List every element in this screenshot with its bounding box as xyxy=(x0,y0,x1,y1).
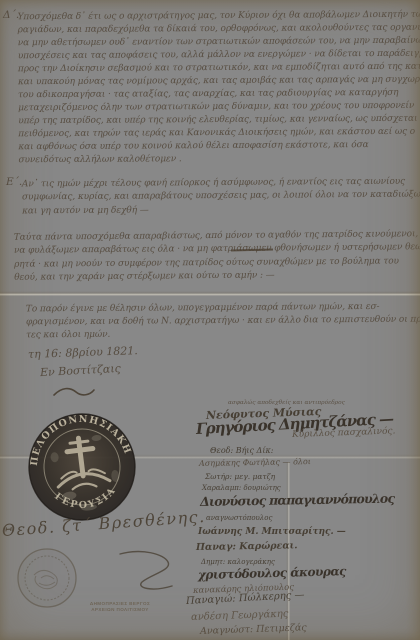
manuscript-line: τες και όλοι ημών. xyxy=(26,327,418,343)
signature: Παναγ: Καρώρεαι. xyxy=(196,540,298,553)
paragraph-marker: Ε΄. xyxy=(6,176,22,188)
signature: Σωτήρ: μεγ. ματζη xyxy=(205,472,275,481)
dateline-place: Εν Βοστίτζαις xyxy=(40,362,121,379)
paragraph-delta: Υποσχόμεθα δ᾽ έτι ως ο αρχιστράτηγος μας… xyxy=(18,9,420,167)
signature: Θεοδ: Βήις Δίκ: xyxy=(210,446,273,455)
manuscript-line: συνειδότως αλλήλων καλοθέτομεν . xyxy=(18,152,420,167)
signature: Ασημάκης Φωτήλας — όλοι xyxy=(199,457,311,468)
signature: Αναγνώστ: Πετιμεζάς xyxy=(200,622,307,637)
signature: Ιωάννης Μ. Μπιτσαρίτης. — xyxy=(198,527,346,537)
paragraph-attestation: Το παρόν έγινε με θέλησιν όλων, υπογεγρα… xyxy=(26,301,418,343)
pen-flourish xyxy=(52,385,96,399)
paragraph-closing-oath: Ταύτα πάντα υποσχόμεθα απαραβιάστως, από… xyxy=(14,228,418,285)
dateline-date: τη 16: 8βρίου 1821. xyxy=(28,344,138,361)
signature: ανδέση Γεωργάκης xyxy=(191,609,289,623)
watermark-caption: ΔΗΜΟΠΡΑΣΙΕΣ ΒΕΡΓΟΣ ΑΡΧΕΙΩΝ ΠΟΛΙΤΙΣΜΟΥ xyxy=(66,601,174,612)
paragraph-epsilon: Αν᾽ τις ημών μέχρι τέλους φανή επίορκος … xyxy=(22,176,420,219)
manuscript-line: θεού, και την χαράν μας στέρξωμεν και ού… xyxy=(14,268,418,285)
watermark-line2: ΑΡΧΕΙΩΝ ΠΟΛΙΤΙΣΜΟΥ xyxy=(66,607,174,613)
signature: αναγνωστόπουλος xyxy=(206,514,272,522)
manuscript-line: και αφθόνως όσα υπέρ του κοινού καλού θέ… xyxy=(18,139,420,154)
signature: Δημητ: καλογεράκης xyxy=(201,558,275,566)
signature: Διονύσιος παπαγιαννόπουλος xyxy=(200,491,394,509)
manuscript-line: και γη αυτόν να μη δεχθή — xyxy=(22,202,420,218)
signature-caption: ασφαλώς αποδεχθείς και αντιπρόεδρος xyxy=(228,400,345,406)
signature: Χαραλαμπ: δουριώτης xyxy=(202,484,281,492)
manuscript-line: συμφωνίας, κυρίας, και απαραβάτους υποσχ… xyxy=(22,189,420,205)
signature-flourish xyxy=(112,548,182,594)
manuscript-page: Δ΄. Ε΄. Υποσχόμεθα δ᾽ έτι ως ο αρχιστράτ… xyxy=(0,0,420,640)
signature: χριστόδουλος άκουρας xyxy=(198,564,346,582)
fold-crease-horizontal xyxy=(0,291,420,296)
